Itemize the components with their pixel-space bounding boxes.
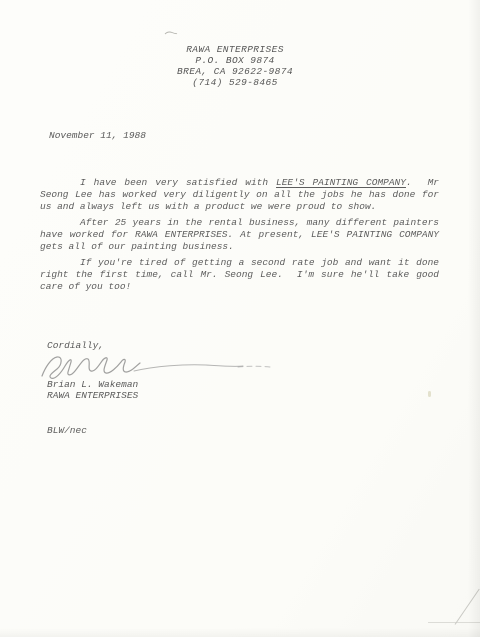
scan-edge-shadow-right <box>468 0 480 637</box>
letterhead-city-line: BREA, CA 92622-9874 <box>0 66 470 77</box>
signer-company: RAWA ENTERPRISES <box>47 390 138 401</box>
signer-name: Brian L. Wakeman <box>47 379 138 390</box>
paragraph-3: If you're tired of getting a second rate… <box>40 257 439 293</box>
scanned-letter-page: RAWA ENTERPRISES P.O. BOX 9874 BREA, CA … <box>0 0 480 637</box>
paragraph-1: I have been very satisfied with LEE'S PA… <box>40 177 439 213</box>
paragraph-1-before: I have been very satisfied with <box>80 177 276 188</box>
letterhead-company: RAWA ENTERPRISES <box>0 44 470 55</box>
page-corner-crease <box>455 589 480 625</box>
scan-fleck <box>428 391 431 397</box>
letterhead-phone: (714) 529-8465 <box>0 77 470 88</box>
letter-body: I have been very satisfied with LEE'S PA… <box>40 177 439 297</box>
letterhead-po-box: P.O. BOX 9874 <box>0 55 470 66</box>
reference-initials: BLW/nec <box>47 425 87 436</box>
date-line: November 11, 1988 <box>49 130 146 141</box>
paragraph-1-underlined-company: LEE'S PAINTING COMPANY <box>276 177 406 188</box>
pencil-mark <box>164 29 178 37</box>
paragraph-2: After 25 years in the rental business, m… <box>40 217 439 253</box>
letterhead: RAWA ENTERPRISES P.O. BOX 9874 BREA, CA … <box>0 44 470 88</box>
scan-edge-shadow-bottom <box>0 628 480 637</box>
